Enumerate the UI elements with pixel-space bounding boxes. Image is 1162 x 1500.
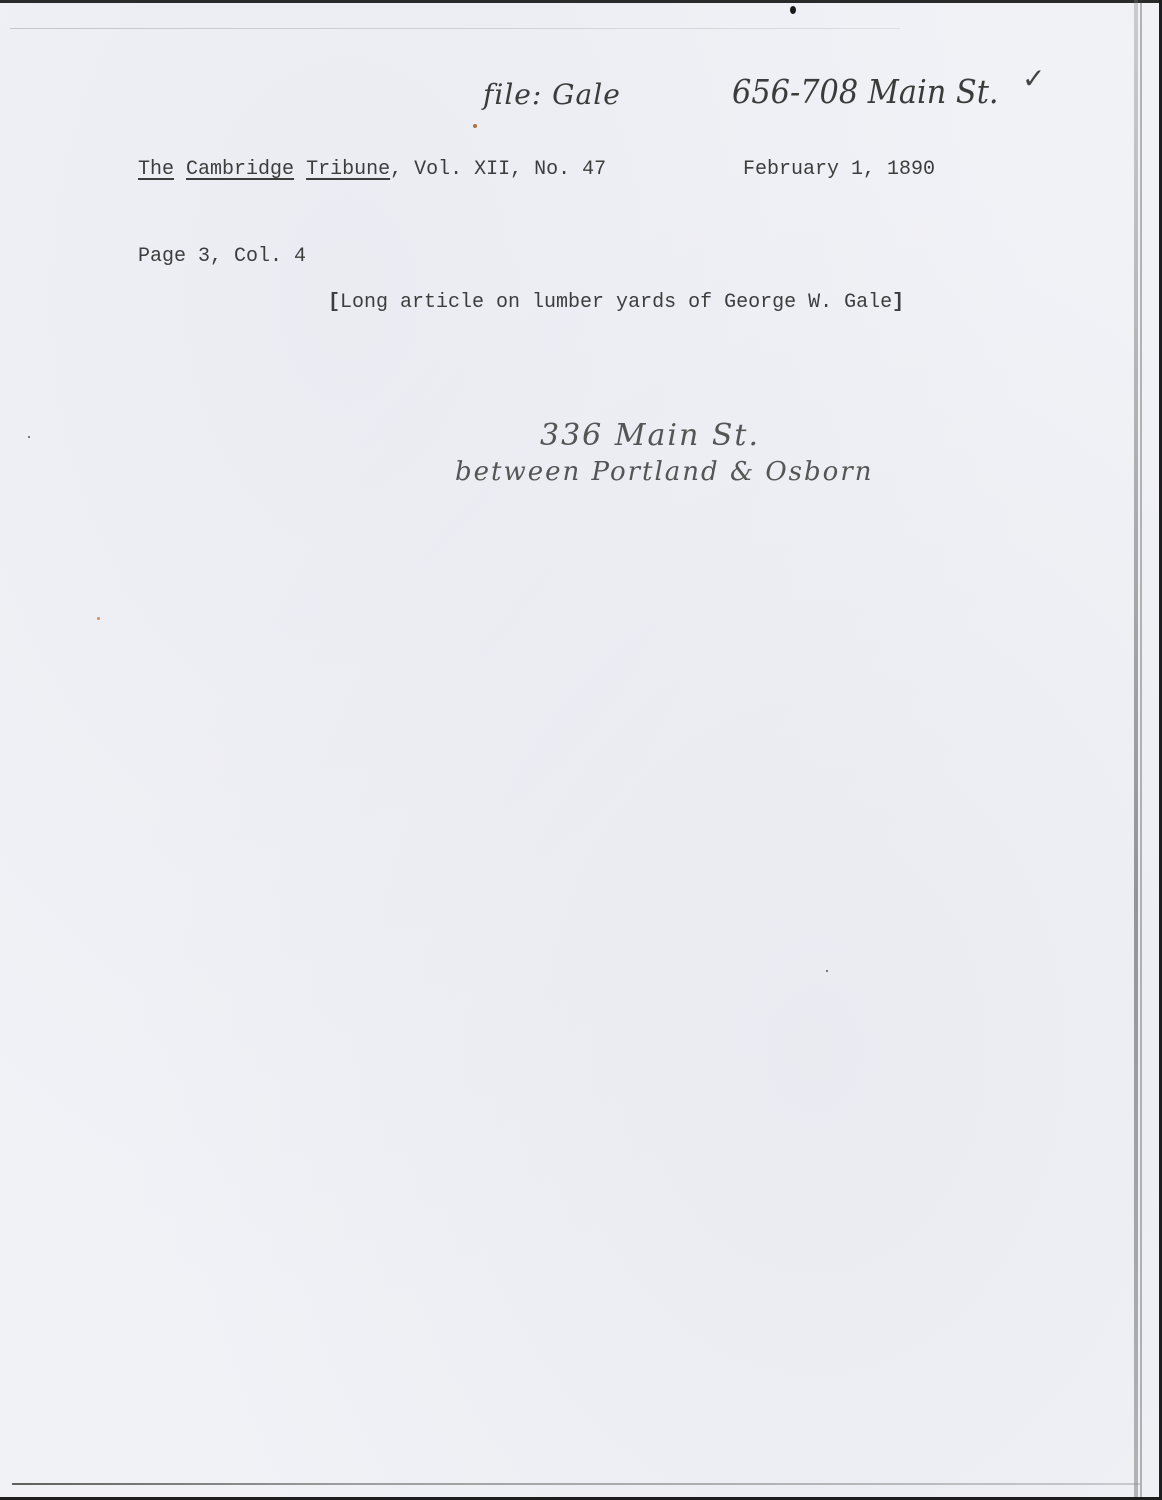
article-summary: [Long article on lumber yards of George …	[328, 291, 904, 315]
article-summary-text: Long article on lumber yards of George W…	[340, 291, 892, 314]
newspaper-title-word: Cambridge	[186, 158, 294, 181]
publication-date: February 1, 1890	[743, 158, 935, 182]
handwritten-cross-streets: between Portland & Osborn	[455, 457, 874, 487]
close-bracket: ]	[892, 291, 904, 314]
newspaper-citation: The Cambridge Tribune, Vol. XII, No. 47	[138, 158, 606, 182]
page-column-reference: Page 3, Col. 4	[138, 245, 306, 269]
newspaper-title-word: Tribune	[306, 158, 390, 181]
ink-speck	[826, 970, 828, 972]
newspaper-title-word: The	[138, 158, 174, 181]
open-bracket: [	[328, 291, 340, 314]
scanned-document-page: file: Gale 656-708 Main St. ✓ The Cambri…	[0, 0, 1162, 1500]
ink-speck	[790, 6, 796, 14]
ink-speck	[28, 436, 30, 438]
handwritten-address-top: 656-708 Main St.	[732, 72, 999, 111]
check-mark-icon: ✓	[1022, 62, 1045, 95]
scan-edge-top	[0, 0, 1162, 3]
scan-edge-shadow	[1134, 0, 1138, 1500]
handwritten-address-mid: 336 Main St.	[540, 418, 760, 453]
handwritten-file-note: file: Gale	[483, 78, 621, 111]
volume-issue: , Vol. XII, No. 47	[390, 158, 606, 181]
ink-speck	[473, 124, 477, 128]
ink-speck	[97, 617, 100, 620]
scan-artifact-line	[10, 28, 900, 29]
scan-edge-line	[1140, 0, 1142, 1500]
page-bottom-edge	[12, 1483, 1140, 1485]
